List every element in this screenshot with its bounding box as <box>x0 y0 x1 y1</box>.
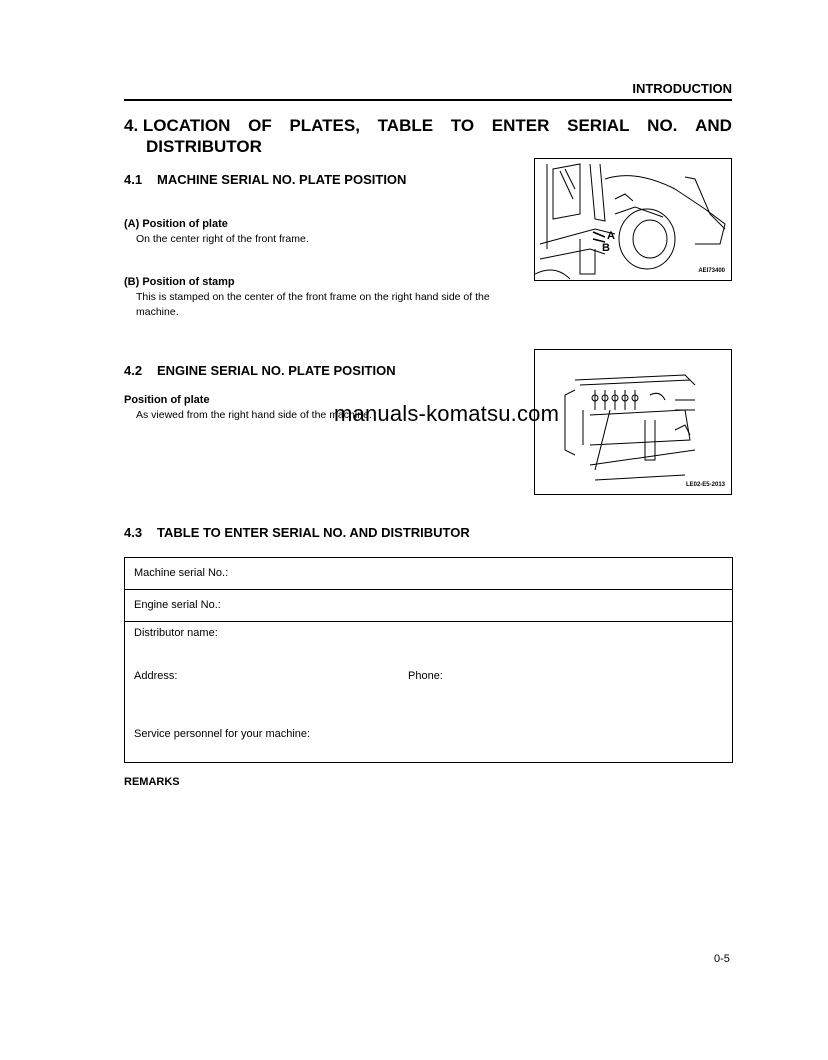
chapter-title-word: TO <box>451 115 474 136</box>
figure-code: LE02-E5-2013 <box>686 482 725 488</box>
address-field[interactable]: Address: <box>134 670 177 682</box>
section-heading-4-3: 4.3TABLE TO ENTER SERIAL NO. AND DISTRIB… <box>124 525 470 540</box>
phone-field[interactable]: Phone: <box>408 670 443 682</box>
wheel-loader-illustration: A B <box>535 159 731 280</box>
section-heading-4-2: 4.2ENGINE SERIAL NO. PLATE POSITION <box>124 363 396 378</box>
engine-illustration <box>535 350 731 494</box>
chapter-title-word: OF <box>248 115 272 136</box>
section-heading-4-1: 4.1MACHINE SERIAL NO. PLATE POSITION <box>124 172 406 187</box>
svg-text:A: A <box>607 230 615 242</box>
chapter-title-word: PLATES, <box>289 115 360 136</box>
watermark: manuals-komatsu.com <box>334 401 559 427</box>
service-personnel-field[interactable]: Service personnel for your machine: <box>134 728 310 740</box>
header-rule <box>124 99 732 101</box>
plate-position-text: On the center right of the front frame. <box>136 232 516 247</box>
running-header: INTRODUCTION <box>632 81 732 96</box>
engine-plate-heading: Position of plate <box>124 394 210 406</box>
distributor-info-block: Distributor name: Address: Phone: Servic… <box>125 622 732 762</box>
engine-serial-field[interactable]: Engine serial No.: <box>125 590 732 622</box>
distributor-name-field[interactable]: Distributor name: <box>134 627 218 639</box>
page-number: 0-5 <box>714 953 730 965</box>
figure-code: AEI73400 <box>698 268 725 274</box>
chapter-title-word: 4. LOCATION <box>124 115 230 136</box>
chapter-title-word: TABLE <box>378 115 433 136</box>
plate-position-heading: (A) Position of plate <box>124 218 228 230</box>
svg-text:B: B <box>602 242 610 254</box>
serial-distributor-table: Machine serial No.: Engine serial No.: D… <box>124 557 733 763</box>
stamp-position-text: This is stamped on the center of the fro… <box>136 290 516 320</box>
machine-serial-field[interactable]: Machine serial No.: <box>125 558 732 590</box>
chapter-title-line1: 4. LOCATIONOFPLATES,TABLETOENTERSERIALNO… <box>124 115 732 136</box>
remarks-heading: REMARKS <box>124 776 180 788</box>
engine-plate-figure: LE02-E5-2013 <box>534 349 732 495</box>
chapter-title-word: AND <box>695 115 732 136</box>
chapter-title-word: ENTER <box>492 115 550 136</box>
chapter-title-word: NO. <box>647 115 677 136</box>
chapter-title-word: SERIAL <box>567 115 629 136</box>
stamp-position-heading: (B) Position of stamp <box>124 276 235 288</box>
machine-plate-figure: A B AEI73400 <box>534 158 732 281</box>
chapter-title: 4. LOCATIONOFPLATES,TABLETOENTERSERIALNO… <box>124 115 734 157</box>
chapter-title-line2: DISTRIBUTOR <box>124 136 734 157</box>
